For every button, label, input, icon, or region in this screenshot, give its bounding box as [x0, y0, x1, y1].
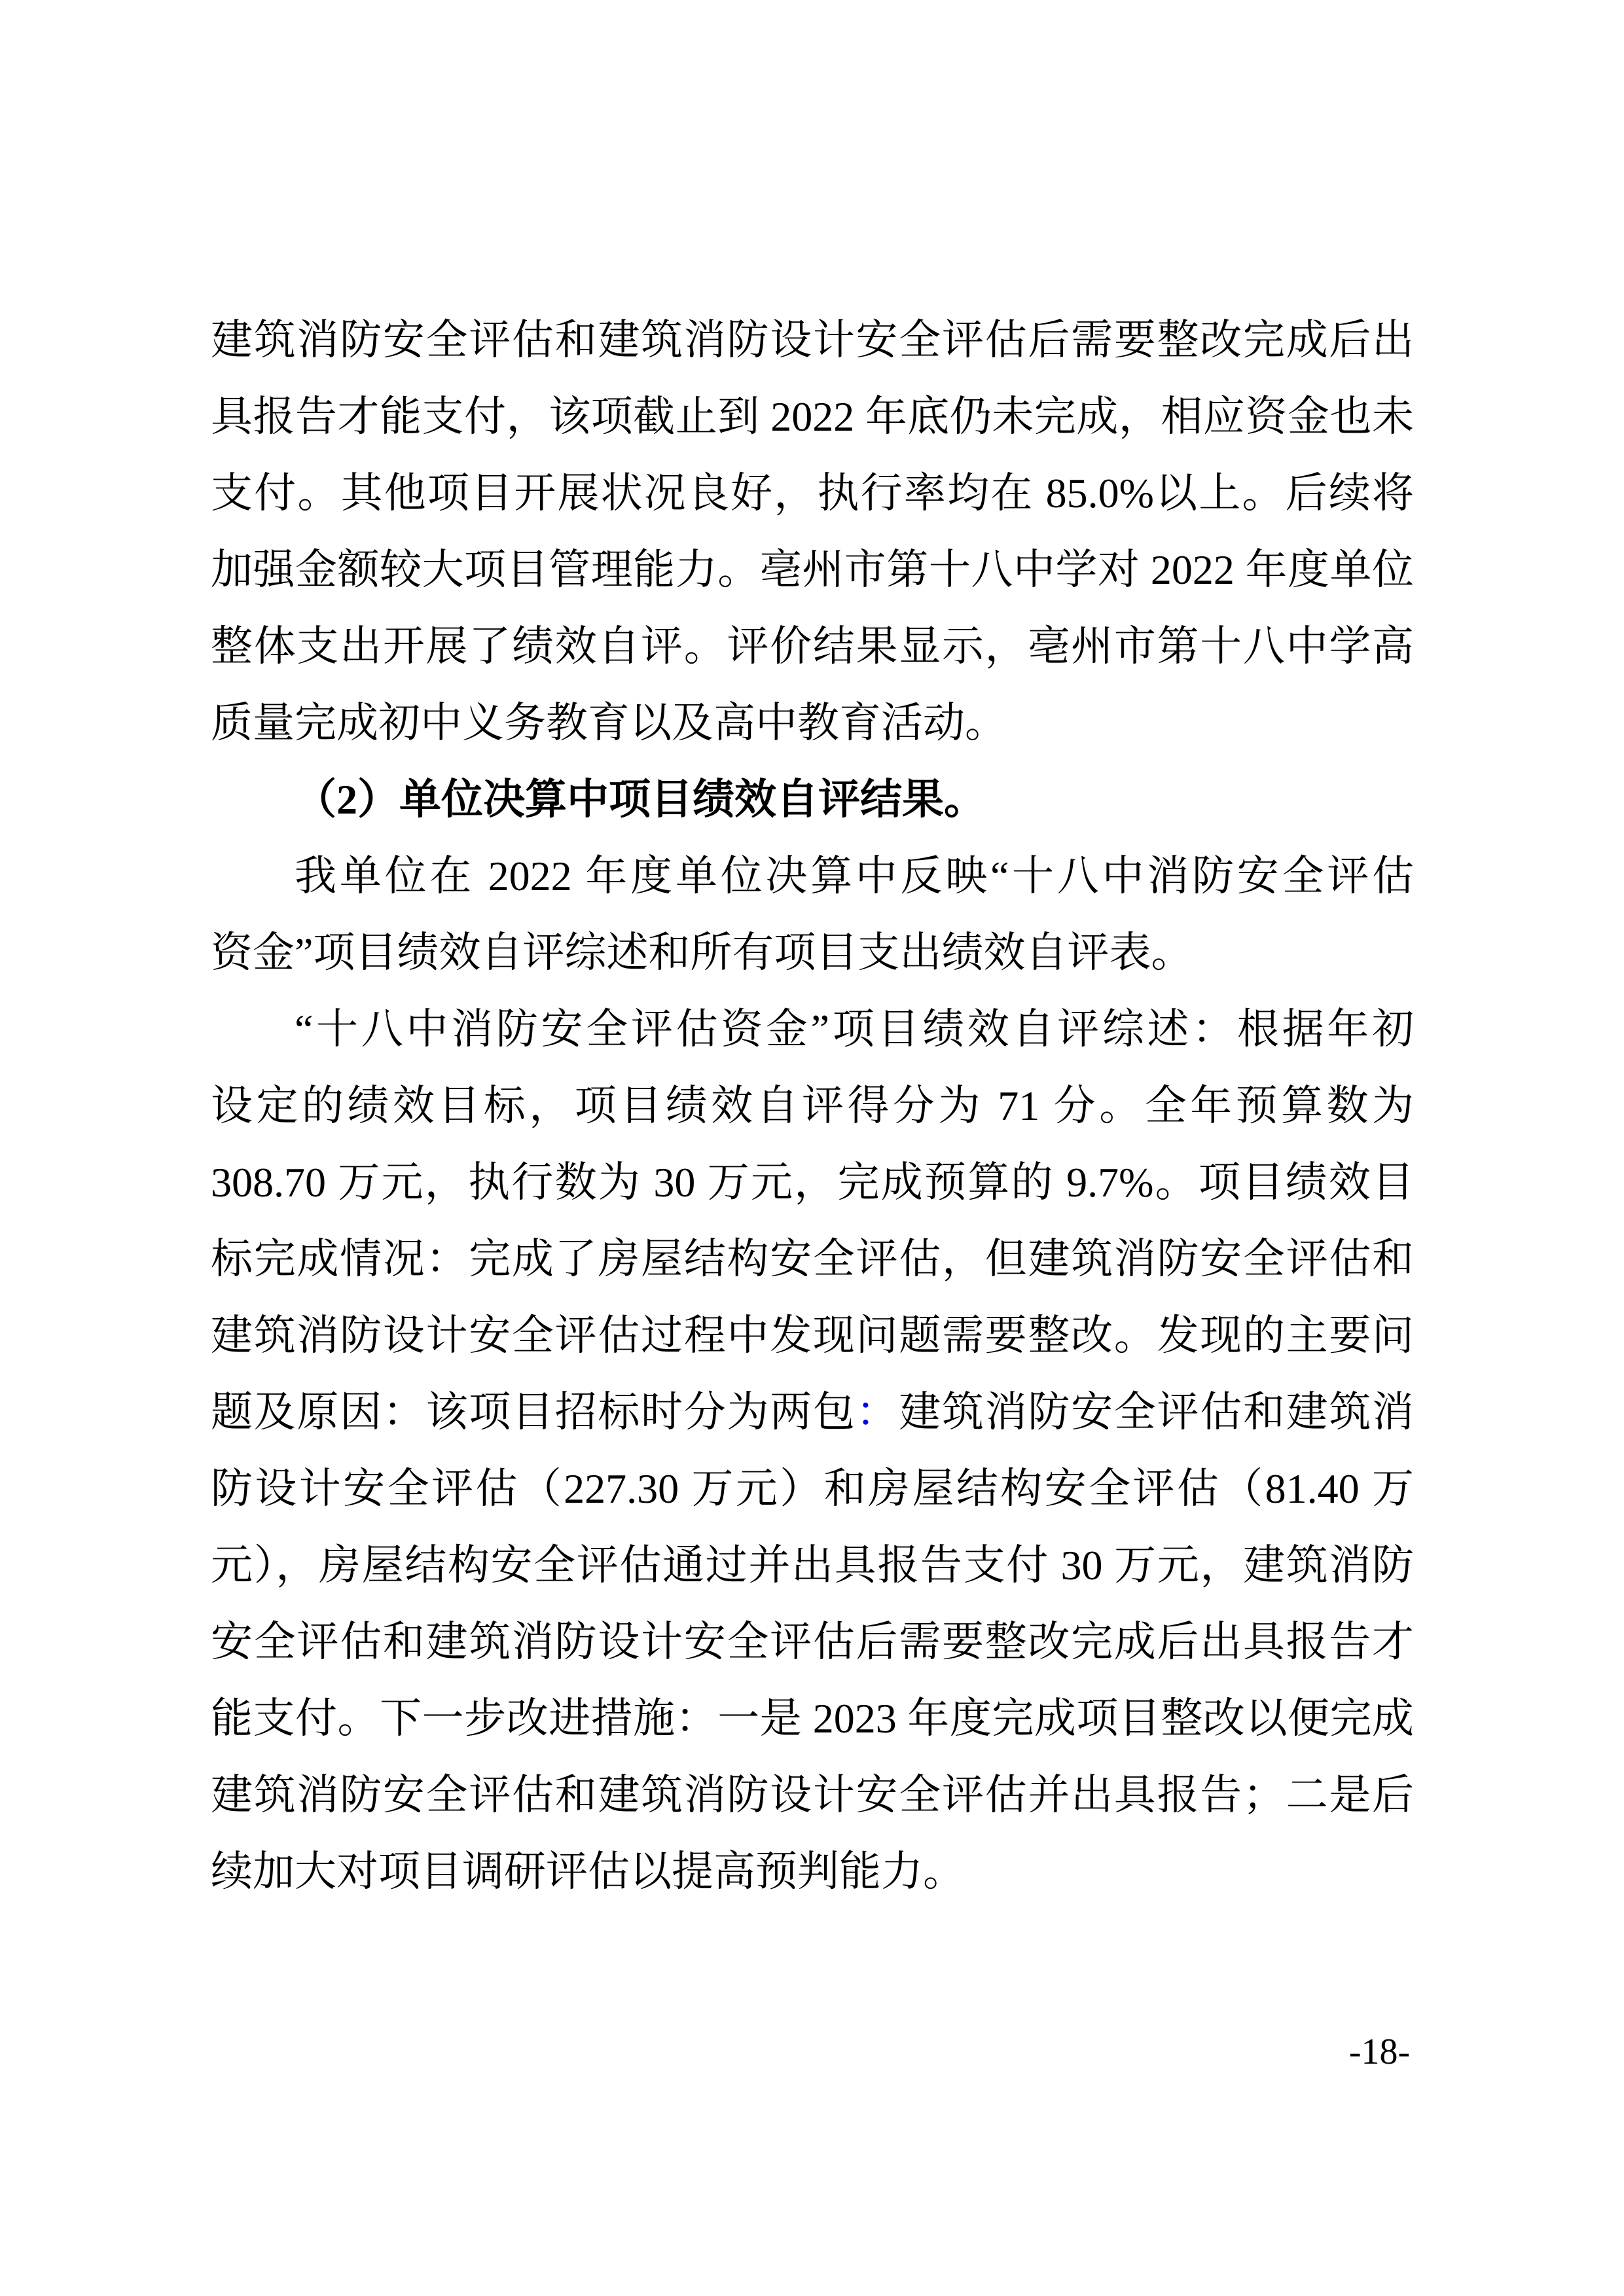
page-number: -18-: [1322, 2030, 1437, 2073]
text-line-15-post: 建筑消防安全评估和建筑消: [899, 1389, 1414, 1435]
document-page: 建筑消防安全评估和建筑消防设计安全评估后需要整改完成后出 具报告才能支付，该项截…: [0, 0, 1624, 2296]
text-line-10: “十八中消防安全评估资金”项目绩效自评综述：根据年初: [211, 991, 1414, 1067]
text-line-20: 建筑消防安全评估和建筑消防设计安全评估并出具报告；二是后: [211, 1757, 1414, 1833]
text-line-3: 支付。其他项目开展状况良好，执行率均在 85.0%以上。后续将: [211, 455, 1414, 531]
text-line-1: 建筑消防安全评估和建筑消防设计安全评估后需要整改完成后出: [211, 302, 1414, 378]
document-text: 建筑消防安全评估和建筑消防设计安全评估后需要整改完成后出 具报告才能支付，该项截…: [211, 302, 1414, 1910]
text-line-16: 防设计安全评估（227.30 万元）和房屋结构安全评估（81.40 万: [211, 1450, 1414, 1527]
text-line-11: 设定的绩效目标，项目绩效自评得分为 71 分。全年预算数为: [211, 1067, 1414, 1144]
text-line-5: 整体支出开展了绩效自评。评价结果显示，亳州市第十八中学高: [211, 608, 1414, 685]
text-line-8: 我单位在 2022 年度单位决算中反映“十八中消防安全评估: [211, 838, 1414, 914]
text-line-4: 加强金额较大项目管理能力。亳州市第十八中学对 2022 年度单位: [211, 531, 1414, 608]
text-line-6: 质量完成初中义务教育以及高中教育活动。: [211, 685, 1414, 761]
text-line-2: 具报告才能支付，该项截止到 2022 年底仍未完成，相应资金也未: [211, 378, 1414, 455]
section-heading: （2）单位决算中项目绩效自评结果。: [211, 761, 1414, 838]
text-line-15: 题及原因：该项目招标时分为两包：建筑消防安全评估和建筑消: [211, 1374, 1414, 1450]
text-line-12: 308.70 万元，执行数为 30 万元，完成预算的 9.7%。项目绩效目: [211, 1144, 1414, 1221]
text-line-18: 安全评估和建筑消防设计安全评估后需要整改完成后出具报告才: [211, 1604, 1414, 1680]
blue-colon: ：: [856, 1389, 899, 1435]
text-line-17: 元），房屋结构安全评估通过并出具报告支付 30 万元，建筑消防: [211, 1527, 1414, 1604]
text-line-21: 续加大对项目调研评估以提高预判能力。: [211, 1833, 1414, 1910]
text-line-14: 建筑消防设计安全评估过程中发现问题需要整改。发现的主要问: [211, 1297, 1414, 1374]
text-line-15-pre: 题及原因：该项目招标时分为两包: [211, 1389, 856, 1435]
text-line-9: 资金”项目绩效自评综述和所有项目支出绩效自评表。: [211, 914, 1414, 991]
text-line-19: 能支付。下一步改进措施：一是 2023 年度完成项目整改以便完成: [211, 1680, 1414, 1757]
text-line-13: 标完成情况：完成了房屋结构安全评估，但建筑消防安全评估和: [211, 1221, 1414, 1297]
